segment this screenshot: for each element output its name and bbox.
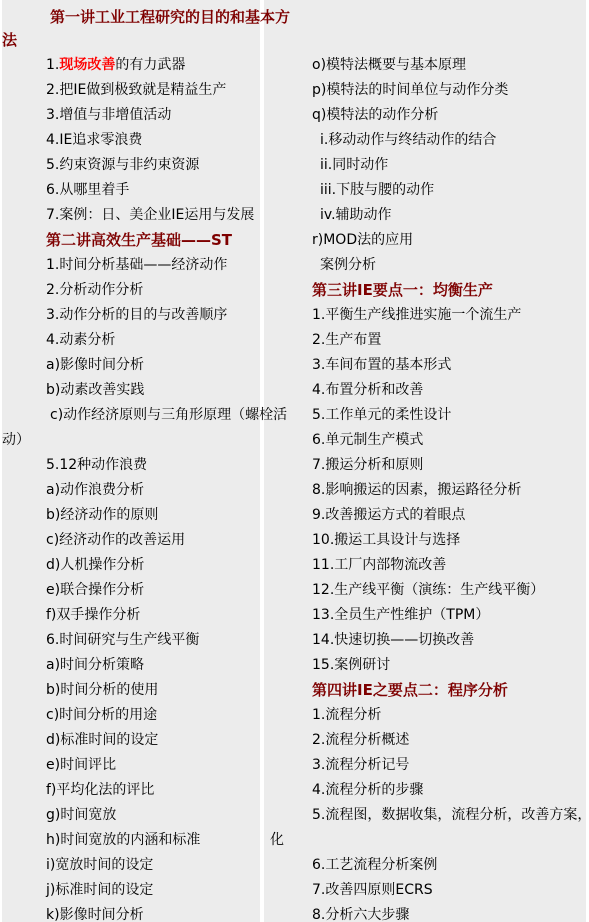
outline-item: 10.搬运工具设计与选择: [264, 528, 589, 553]
outline-item: c)时间分析的用途: [0, 703, 264, 728]
outline-item: 8.影响搬运的因素，搬运路径分析: [264, 478, 589, 503]
outline-item: 4.流程分析的步骤: [264, 778, 589, 803]
outline-item: 15.案例研讨: [264, 653, 589, 678]
outline-item: 5.流程图，数据收集，流程分析，改善方案，标准: [264, 803, 589, 828]
outline-item: b)时间分析的使用: [0, 678, 264, 703]
highlighted-text: 现场改善: [59, 57, 115, 73]
section-heading: 第二讲高效生产基础——ST: [0, 228, 264, 253]
outline-item: 8.分析六大步骤: [264, 903, 589, 922]
outline-item: a)时间分析策略: [0, 653, 264, 678]
outline-item: 2.生产布置: [264, 328, 589, 353]
outline-item: 5.约束资源与非约束资源: [0, 153, 264, 178]
outline-item: 6.从哪里着手: [0, 178, 264, 203]
right-column: o)模特法概要与基本原理p)模特法的时间单位与动作分类q)模特法的动作分析i.移…: [264, 53, 589, 922]
document-title: 第一讲工业工程研究的目的和基本方 法: [0, 6, 589, 52]
outline-item: 1.时间分析基础——经济动作: [0, 253, 264, 278]
outline-item: i)宽放时间的设定: [0, 853, 264, 878]
outline-item: 2.流程分析概述: [264, 728, 589, 753]
document-page: 第一讲工业工程研究的目的和基本方 法 1.现场改善的有力武器2.把IE做到极致就…: [0, 0, 589, 922]
outline-item: g)时间宽放: [0, 803, 264, 828]
outline-item: 7.案例：日、美企业IE运用与发展: [0, 203, 264, 228]
outline-item: 5.12种动作浪费: [0, 453, 264, 478]
outline-item: iv.辅助动作: [264, 203, 589, 228]
outline-item: e)时间评比: [0, 753, 264, 778]
outline-item: 3.增值与非增值活动: [0, 103, 264, 128]
outline-item: 7.改善四原则ECRS: [264, 878, 589, 903]
outline-item: f)平均化法的评比: [0, 778, 264, 803]
outline-item: 12.生产线平衡（演练：生产线平衡）: [264, 578, 589, 603]
outline-item: 1.流程分析: [264, 703, 589, 728]
outline-item: c)动作经济原则与三角形原理（螺栓活: [0, 403, 264, 428]
outline-item: f)双手操作分析: [0, 603, 264, 628]
outline-item: b)经济动作的原则: [0, 503, 264, 528]
outline-item: 4.IE追求零浪费: [0, 128, 264, 153]
outline-item: 案例分析: [264, 253, 589, 278]
outline-item: 3.流程分析记号: [264, 753, 589, 778]
section-heading: 第四讲IE之要点二：程序分析: [264, 678, 589, 703]
outline-item: h)时间宽放的内涵和标准化: [0, 828, 264, 853]
outline-item: d)标准时间的设定: [0, 728, 264, 753]
outline-item: d)人机操作分析: [0, 553, 264, 578]
document-title-line1: 第一讲工业工程研究的目的和基本方: [0, 6, 589, 29]
outline-item: o)模特法概要与基本原理: [264, 53, 589, 78]
outline-item: 1.现场改善的有力武器: [0, 53, 264, 78]
outline-item: 4.布置分析和改善: [264, 378, 589, 403]
outline-item: 5.工作单元的柔性设计: [264, 403, 589, 428]
outline-item: p)模特法的时间单位与动作分类: [264, 78, 589, 103]
outline-item: a)影像时间分析: [0, 353, 264, 378]
outline-item-text: 1.: [46, 57, 59, 73]
outline-item: 3.动作分析的目的与改善顺序: [0, 303, 264, 328]
outline-item: c)经济动作的改善运用: [0, 528, 264, 553]
outline-item: iii.下肢与腰的动作: [264, 178, 589, 203]
outline-item: 2.分析动作分析: [0, 278, 264, 303]
outline-item: r)MOD法的应用: [264, 228, 589, 253]
outline-item: q)模特法的动作分析: [264, 103, 589, 128]
outline-item: 7.搬运分析和原则: [264, 453, 589, 478]
document-title-line2: 法: [0, 29, 589, 52]
outline-item: a)动作浪费分析: [0, 478, 264, 503]
outline-item-text: 的有力武器: [115, 57, 185, 73]
outline-item: 动）: [0, 428, 264, 453]
outline-item: 6.时间研究与生产线平衡: [0, 628, 264, 653]
section-heading: 第三讲IE要点一：均衡生产: [264, 278, 589, 303]
outline-item: 9.改善搬运方式的着眼点: [264, 503, 589, 528]
outline-item: 2.把IE做到极致就是精益生产: [0, 78, 264, 103]
outline-item: 6.单元制生产模式: [264, 428, 589, 453]
outline-item: 6.工艺流程分析案例: [264, 853, 589, 878]
outline-item: e)联合操作分析: [0, 578, 264, 603]
outline-item: b)动素改善实践: [0, 378, 264, 403]
outline-item: j)标准时间的设定: [0, 878, 264, 903]
outline-item: 1.平衡生产线推进实施一个流生产: [264, 303, 589, 328]
outline-item: 3.车间布置的基本形式: [264, 353, 589, 378]
outline-item: k)影像时间分析: [0, 903, 264, 922]
outline-item: i.移动动作与终结动作的结合: [264, 128, 589, 153]
outline-item: 13.全员生产性维护（TPM）: [264, 603, 589, 628]
outline-item: 11.工厂内部物流改善: [264, 553, 589, 578]
outline-item: 4.动素分析: [0, 328, 264, 353]
outline-item: ii.同时动作: [264, 153, 589, 178]
outline-item: 14.快速切换——切换改善: [264, 628, 589, 653]
left-column: 1.现场改善的有力武器2.把IE做到极致就是精益生产3.增值与非增值活动4.IE…: [0, 53, 264, 922]
